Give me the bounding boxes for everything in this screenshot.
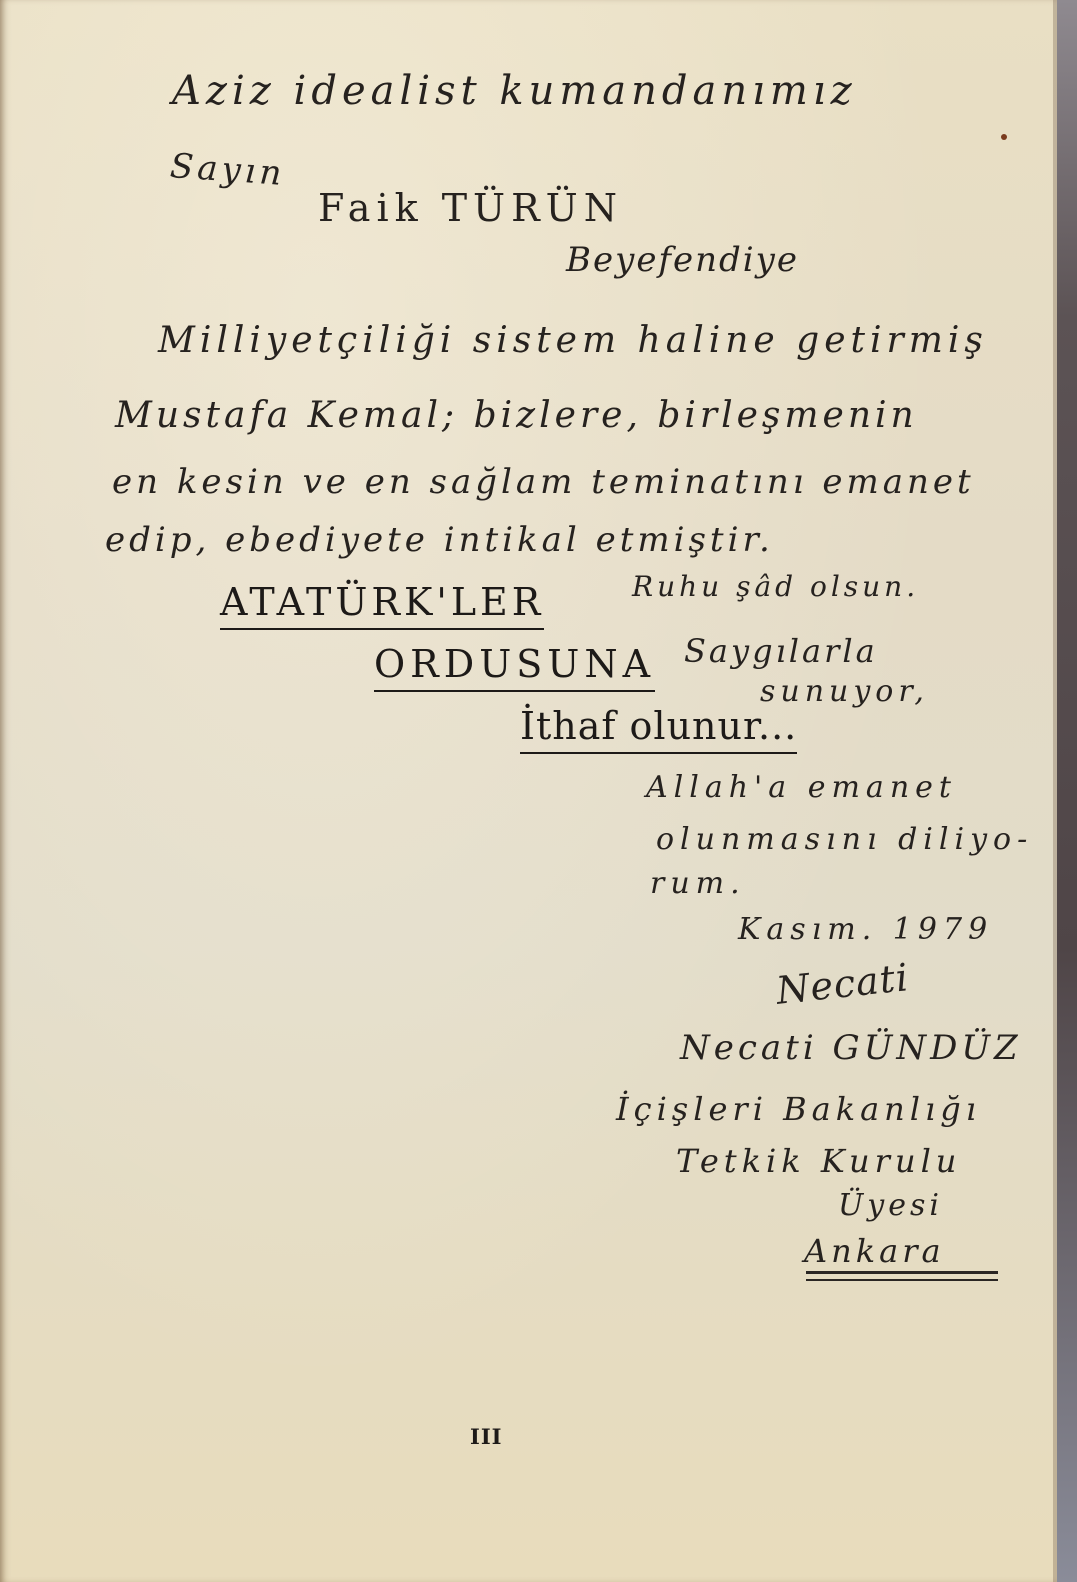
handwritten-salutation-line: Beyefendiye [566, 240, 799, 280]
handwritten-recipient-name: Faik TÜRÜN [318, 186, 623, 230]
dedication-line-1: ATATÜRK'LER [220, 580, 544, 630]
handwritten-signer-name: Necati GÜNDÜZ [680, 1028, 1022, 1068]
dedication-line-2: ORDUSUNA [374, 642, 655, 692]
handwritten-body-line: edip, ebediyete intikal etmiştir. [105, 520, 774, 560]
handwritten-closing-line: Allah'a emanet [646, 770, 957, 805]
ink-spot [1001, 134, 1007, 140]
page-number: III [470, 1424, 502, 1449]
signature: Necati [774, 955, 911, 1013]
handwritten-side-note: Ruhu şâd olsun. [632, 570, 919, 603]
handwritten-body-line: Mustafa Kemal; bizlere, birleşmenin [115, 395, 918, 436]
handwritten-closing-line: rum. [650, 866, 746, 901]
handwritten-place: Ankara [804, 1232, 945, 1270]
handwritten-body-line: en kesin ve en sağlam teminatını emanet [112, 462, 975, 502]
handwritten-closing-line: olunmasını diliyo- [656, 822, 1033, 857]
handwritten-salutation-line: Sayın [169, 146, 287, 194]
handwritten-body-line: Milliyetçiliği sistem haline getirmiş [158, 320, 988, 361]
dedication-line-3: İthaf olunur... [520, 704, 797, 754]
handwritten-title-line: İçişleri Bakanlığı [616, 1090, 981, 1128]
handwritten-title-line: Üyesi [838, 1188, 943, 1223]
handwritten-title-line: Tetkik Kurulu [676, 1142, 961, 1180]
place-double-underline [806, 1271, 998, 1281]
handwritten-date: Kasım. 1979 [738, 912, 993, 947]
book-page: Aziz idealist kumandanımız Sayın Faik TÜ… [0, 0, 1057, 1582]
handwritten-side-note: Saygılarla [684, 632, 878, 670]
handwritten-side-note: sunuyor, [760, 674, 929, 709]
handwritten-salutation-line: Aziz idealist kumandanımız [172, 68, 857, 114]
